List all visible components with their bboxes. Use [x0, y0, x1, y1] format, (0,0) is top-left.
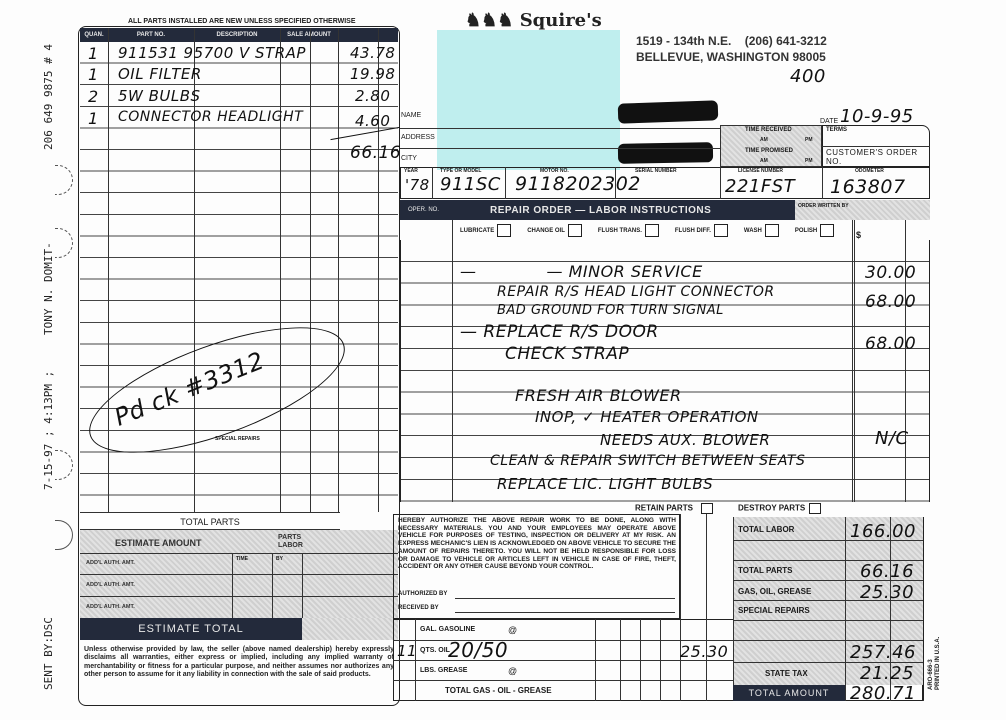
part-desc: CONNECTOR HEADLIGHT: [118, 109, 303, 125]
logo-icon: ♞♞♞: [465, 10, 520, 31]
oil-qty: 11: [397, 642, 417, 660]
total-amount-value: 280.71: [850, 683, 916, 704]
estimate-total-value: [302, 618, 398, 640]
part-amount: 4.60: [355, 112, 390, 130]
oil-amount: 25.30: [680, 642, 728, 661]
time-promised-label: TIME PROMISED: [745, 148, 793, 154]
license-value: 221FST: [725, 176, 795, 197]
address-label: ADDRESS: [401, 134, 435, 141]
labor-line-8: NEEDS AUX. BLOWER: [600, 431, 770, 449]
parts-table-header: QUAN. PART NO. DESCRIPTION SALE AMOUNT: [80, 28, 398, 42]
punch-hole-mark: [55, 450, 73, 480]
destroy-parts: DESTROY PARTS: [738, 503, 821, 514]
gog-label: GAS, OIL, GREASE: [738, 587, 811, 596]
fax-sent-by: SENT BY:DSC: [42, 617, 55, 690]
parts-notice: ALL PARTS INSTALLED ARE NEW UNLESS SPECI…: [128, 18, 356, 25]
estimate-amount-label: ESTIMATE AMOUNT: [115, 538, 202, 548]
labor-title: REPAIR ORDER — LABOR INSTRUCTIONS: [490, 205, 711, 216]
authorization-text: HEREBY AUTHORIZE THE ABOVE REPAIR WORK T…: [398, 517, 676, 571]
labor-line-10: REPLACE LIC. LIGHT BULBS: [497, 475, 713, 493]
service-checkboxes: LUBRICATE CHANGE OIL FLUSH TRANS. FLUSH …: [460, 224, 834, 237]
oil-rate: 20/50: [448, 638, 508, 662]
flush-diff-checkbox[interactable]: [714, 224, 728, 237]
special-repairs-total-label: SPECIAL REPAIRS: [738, 606, 810, 615]
received-by-label: RECEIVED BY: [398, 605, 439, 611]
name-label: NAME: [401, 112, 421, 119]
license-label: LICENSE NUMBER: [738, 168, 783, 174]
written-by-label: ORDER WRITTEN BY: [795, 200, 930, 220]
special-repairs-label: SPECIAL REPAIRS: [215, 436, 260, 442]
labor-header-bar: OPER. NO. REPAIR ORDER — LABOR INSTRUCTI…: [400, 200, 795, 220]
destroy-parts-checkbox[interactable]: [809, 503, 821, 514]
time-received-label: TIME RECEIVED: [745, 127, 792, 133]
polish-checkbox[interactable]: [820, 224, 834, 237]
part-amount: 43.78: [350, 44, 395, 62]
shop-address-line: 1519 - 134th N.E. (206) 641-3212: [636, 34, 827, 48]
state-tax-label: STATE TAX: [765, 669, 808, 678]
lbs-grease-label: LBS. GREASE: [420, 667, 467, 674]
estimate-total-label: ESTIMATE TOTAL: [80, 618, 302, 640]
redacted-name: [618, 100, 719, 123]
redacted-phone: [618, 142, 713, 164]
gog-value: 25.30: [860, 582, 914, 603]
labor-line-1: —— MINOR SERVICE: [460, 262, 850, 281]
part-desc: OIL FILTER: [118, 65, 202, 83]
oper-no-label: OPER. NO.: [400, 207, 490, 213]
city-label: CITY: [401, 155, 417, 162]
wash-checkbox[interactable]: [765, 224, 779, 237]
labor-amount-4: 68.00: [865, 334, 916, 354]
authorized-by-label: AUTHORIZED BY: [398, 591, 447, 597]
col-description: DESCRIPTION: [194, 32, 280, 38]
punch-hole-mark: [55, 165, 73, 195]
labor-line-6: FRESH AIR BLOWER: [515, 386, 682, 405]
at-sign: @: [508, 625, 517, 635]
fax-number: 206 649 9875 # 4: [42, 44, 55, 150]
shop-note: 400: [790, 66, 826, 87]
date-value: 10-9-95: [840, 106, 914, 127]
labor-amount-8: N/C: [875, 428, 909, 449]
part-qty: 1: [88, 44, 99, 63]
received-by-line[interactable]: [455, 612, 675, 613]
subtotal-value: 257.46: [850, 642, 916, 663]
total-labor-value: 166.00: [850, 521, 916, 542]
part-qty: 1: [88, 65, 99, 84]
total-parts-value: 66.16: [860, 561, 914, 582]
date-label: DATE: [820, 118, 838, 125]
addl-auth-amt-2: ADD'L AUTH. AMT.: [86, 582, 135, 588]
fax-datetime: 7-15-97 ; 4:13PM ;: [42, 371, 55, 490]
warranty-disclaimer: Unless otherwise provided by law, the se…: [84, 646, 394, 679]
year-label: YEAR: [404, 168, 418, 174]
parts-subtotal: 66.16: [350, 143, 401, 163]
labor-line-7: INOP, ✓ HEATER OPERATION: [535, 408, 759, 426]
year-value: '78: [405, 176, 430, 194]
addl-auth-amt-3: ADD'L AUTH. AMT.: [86, 604, 135, 610]
serial-label: SERIAL NUMBER: [635, 168, 677, 174]
part-qty: 2: [88, 87, 99, 106]
authorized-by-line[interactable]: [455, 598, 675, 599]
model-value: 911SC: [440, 174, 501, 195]
customer-order-label: CUSTOMER'S ORDER NO.: [826, 148, 926, 166]
part-desc: 5W BULBS: [118, 87, 201, 105]
motor-value: 9118202302: [515, 173, 641, 195]
flush-trans-checkbox[interactable]: [645, 224, 659, 237]
col-quan: QUAN.: [80, 32, 108, 38]
parts-labor-label: PARTSLABOR: [278, 534, 303, 550]
total-amount-label: TOTAL AMOUNT: [733, 685, 845, 701]
state-tax-value: 21.25: [860, 663, 914, 684]
labor-amount-1: 30.00: [865, 263, 916, 283]
addl-auth-amt-1: ADD'L AUTH. AMT.: [86, 560, 135, 566]
part-desc: 911531 95700 V STRAP: [118, 44, 306, 62]
retain-parts-checkbox[interactable]: [701, 503, 713, 514]
odometer-label: ODOMETER: [855, 168, 884, 174]
gal-gasoline-label: GAL. GASOLINE: [420, 626, 475, 633]
labor-line-4: — REPLACE R/S DOOR: [460, 322, 659, 342]
total-parts-label: TOTAL PARTS: [80, 512, 340, 530]
part-amount: 2.80: [355, 87, 390, 105]
punch-hole-mark: [55, 228, 73, 258]
labor-line-9: CLEAN & REPAIR SWITCH BETWEEN SEATS: [490, 453, 805, 469]
dollar-sign: $: [856, 230, 861, 240]
terms-label: TERMS: [826, 127, 847, 133]
shop-logo: ♞♞♞ Squire's: [465, 10, 602, 31]
labor-line-3: BAD GROUND FOR TURN SIGNAL: [497, 303, 724, 318]
qts-oil-label: QTS. OIL: [420, 647, 450, 654]
total-parts-label-right: TOTAL PARTS: [738, 566, 793, 575]
col-sale-amount: SALE AMOUNT: [280, 32, 338, 38]
shop-city: BELLEVUE, WASHINGTON 98005: [636, 50, 826, 64]
retain-parts: RETAIN PARTS: [635, 503, 713, 514]
punch-hole-mark: [55, 520, 73, 550]
lubricate-checkbox[interactable]: [497, 224, 511, 237]
sticky-note: [437, 30, 620, 170]
total-gog-label: TOTAL GAS - OIL - GREASE: [445, 686, 552, 695]
time-label: TIME: [236, 556, 248, 562]
by-label: BY: [276, 556, 283, 562]
labor-line-2: REPAIR R/S HEAD LIGHT CONNECTOR: [497, 284, 775, 300]
total-labor-label: TOTAL LABOR: [738, 525, 794, 534]
part-qty: 1: [88, 109, 99, 128]
labor-line-5: CHECK STRAP: [505, 344, 629, 364]
odometer-value: 163807: [830, 176, 906, 198]
at-sign: @: [508, 666, 517, 676]
fax-sender: TONY N. DOMIT-: [42, 242, 55, 335]
change-oil-checkbox[interactable]: [568, 224, 582, 237]
col-part-no: PART NO.: [108, 32, 194, 38]
labor-amount-2: 68.00: [865, 292, 916, 312]
form-code: ARO-666-3 PRINTED IN U.S.A.: [928, 637, 942, 690]
part-amount: 19.98: [350, 65, 395, 83]
